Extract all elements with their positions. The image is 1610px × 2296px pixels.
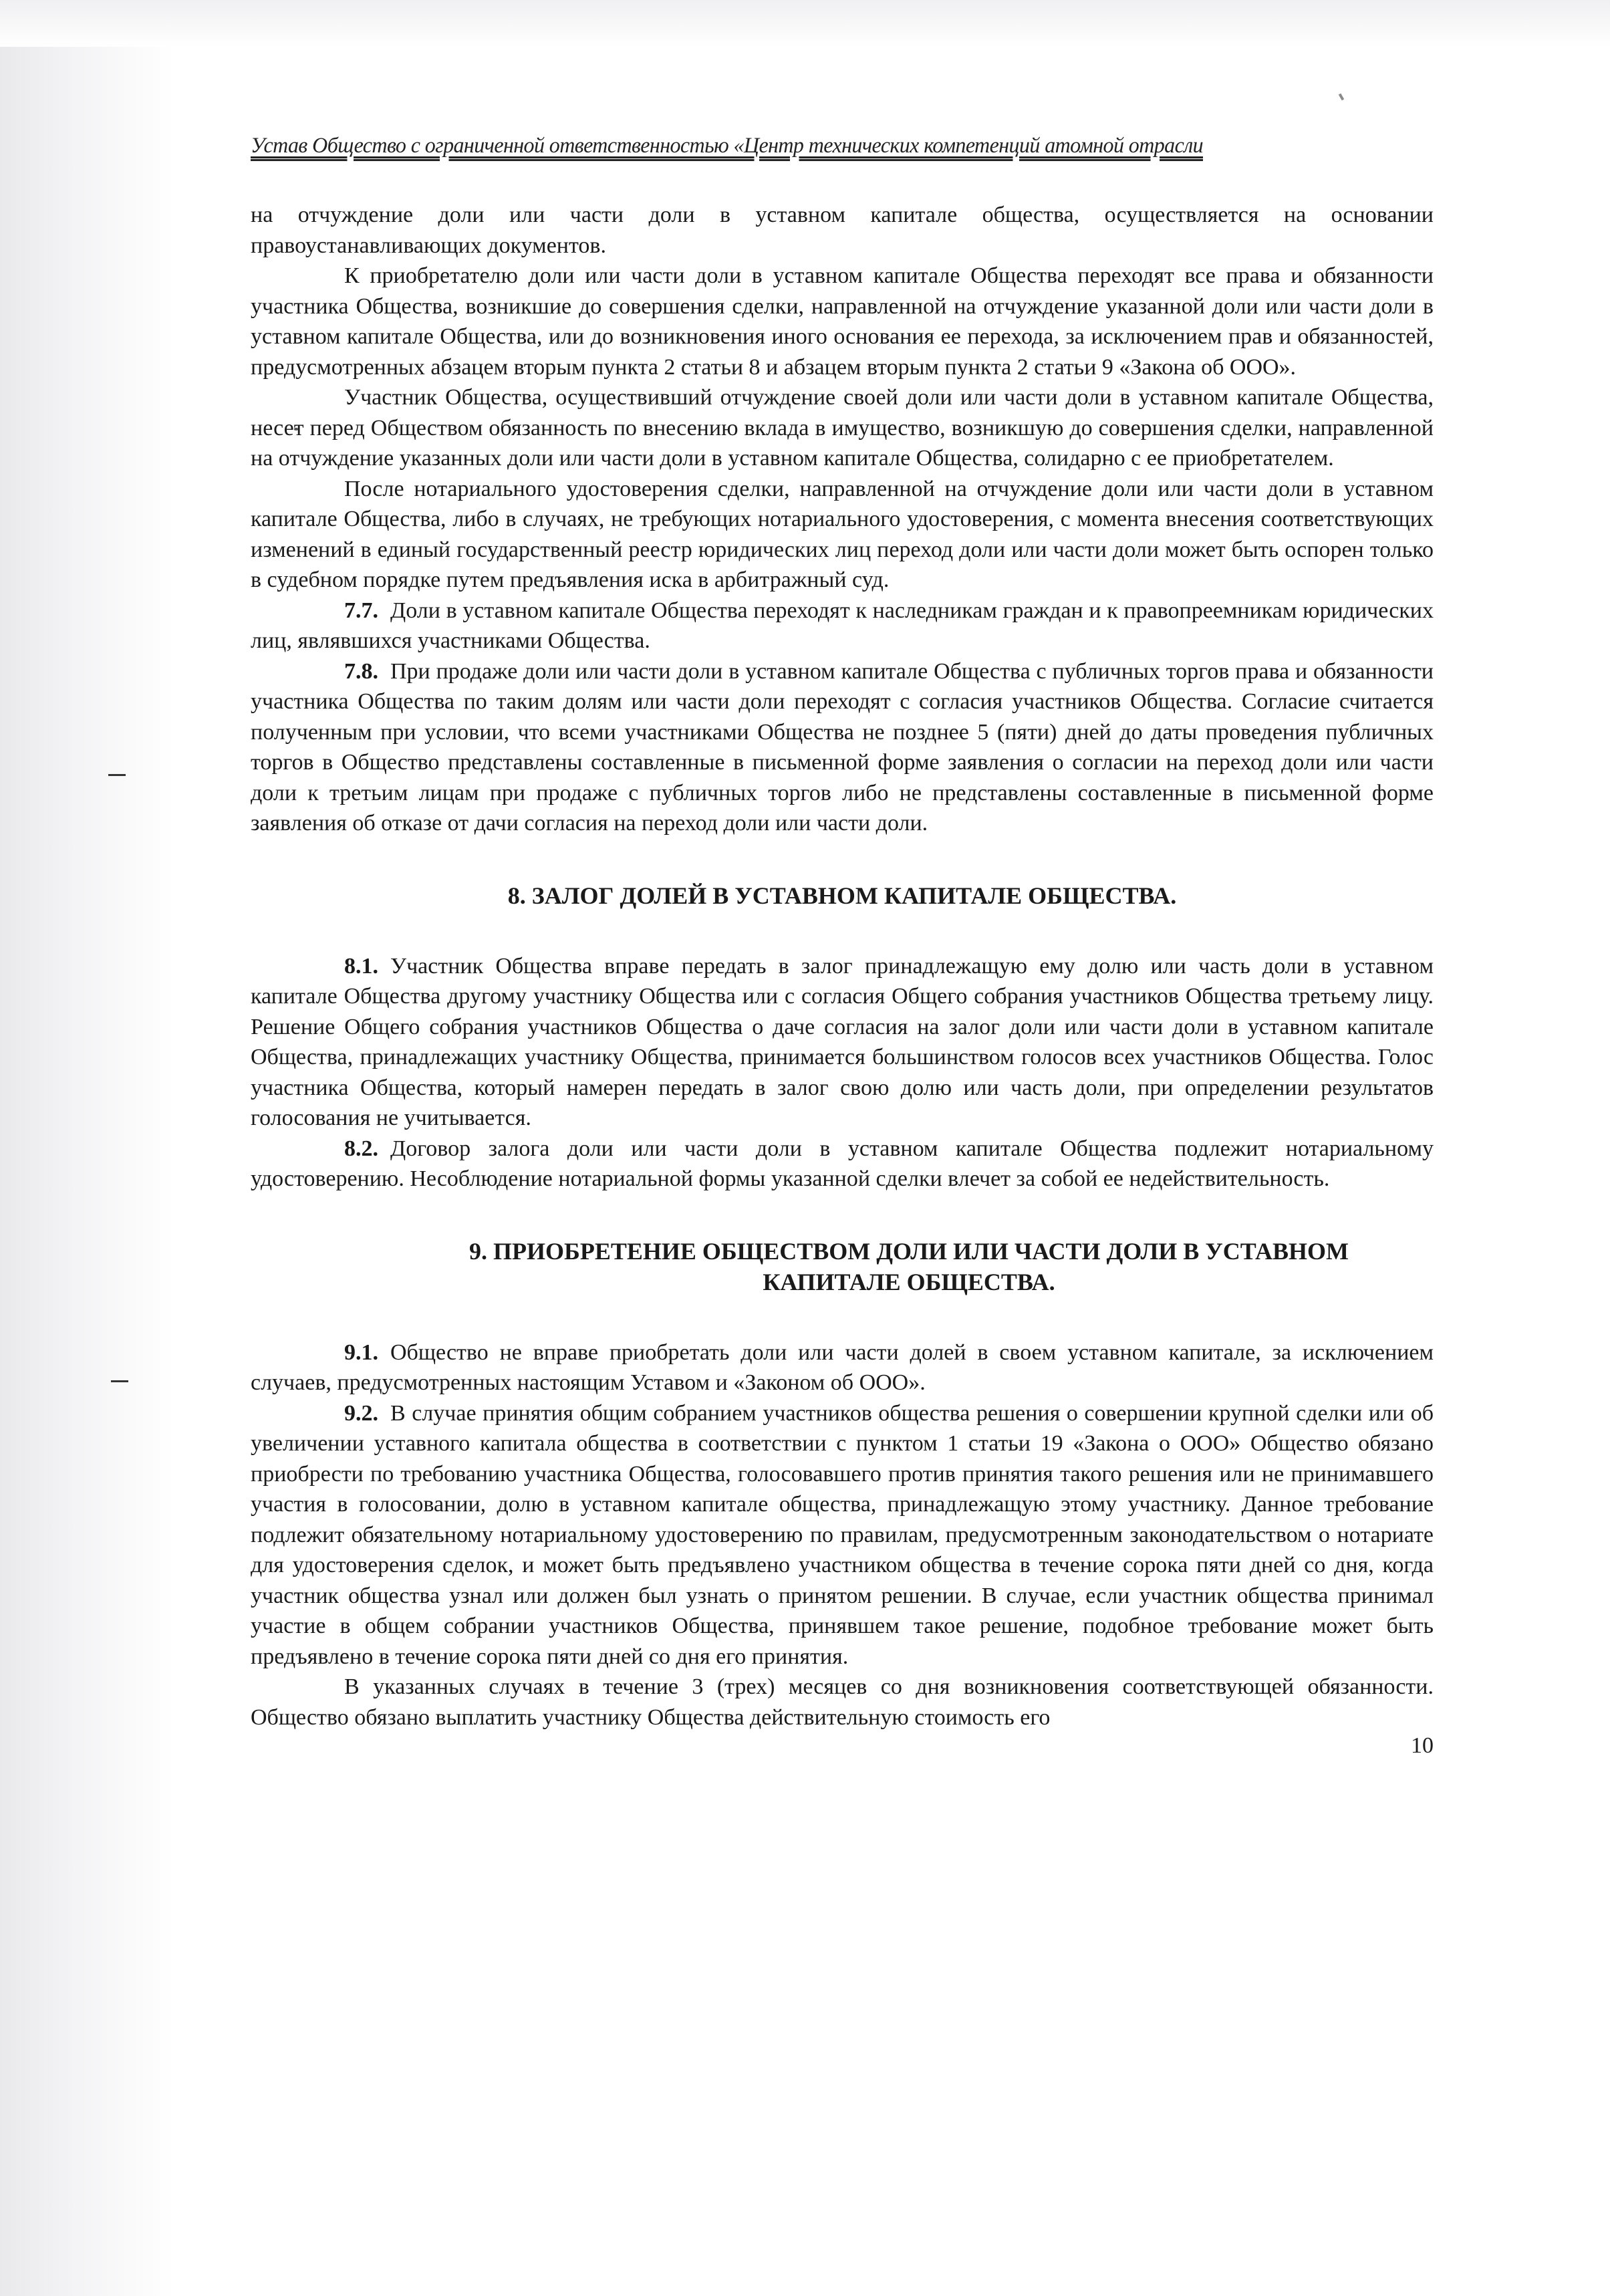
- section-9-title: 9. ПРИОБРЕТЕНИЕ ОБЩЕСТВОМ ДОЛИ ИЛИ ЧАСТИ…: [384, 1236, 1434, 1297]
- clause-number: 8.1.: [344, 954, 378, 979]
- clause-text: Общество не вправе приобретать доли или …: [251, 1340, 1434, 1396]
- scan-edge-shadow: [0, 0, 174, 2296]
- clause-text: При продаже доли или части доли в уставн…: [251, 659, 1434, 836]
- clause-number: 7.7.: [344, 598, 378, 623]
- paragraph: В указанных случаях в течение 3 (трех) м…: [251, 1672, 1434, 1733]
- clause-7-7: 7.7.Доли в уставном капитале Общества пе…: [251, 596, 1434, 656]
- clause-9-1: 9.1.Общество не вправе приобретать доли …: [251, 1337, 1434, 1398]
- paragraph: К приобретателю доли или части доли в ус…: [251, 261, 1434, 382]
- clause-9-2: 9.2.В случае принятия общим собранием уч…: [251, 1398, 1434, 1672]
- paragraph: Участник Общества, осуществивший отчужде…: [251, 382, 1434, 474]
- clause-text: В случае принятия общим собранием участн…: [251, 1401, 1434, 1669]
- scan-top-shadow: [0, 0, 1610, 47]
- document-body: на отчуждение доли или части доли в уста…: [251, 200, 1434, 1759]
- scan-speck: [1339, 94, 1344, 101]
- clause-number: 8.2.: [344, 1136, 378, 1161]
- section-9-title-line1: 9. ПРИОБРЕТЕНИЕ ОБЩЕСТВОМ ДОЛИ ИЛИ ЧАСТИ…: [384, 1236, 1434, 1267]
- running-header: Устав Общество с ограниченной ответствен…: [251, 134, 1398, 158]
- paragraph: После нотариального удостоверения сделки…: [251, 474, 1434, 596]
- clause-text: Доли в уставном капитале Общества перехо…: [251, 598, 1434, 654]
- clause-number: 9.2.: [344, 1401, 378, 1426]
- paragraph: на отчуждение доли или части доли в уста…: [251, 200, 1434, 261]
- clause-text: Участник Общества вправе передать в зало…: [251, 954, 1434, 1131]
- page-number: 10: [251, 1733, 1434, 1759]
- margin-dash: [111, 1380, 128, 1382]
- clause-number: 9.1.: [344, 1340, 378, 1365]
- clause-7-8: 7.8.При продаже доли или части доли в ус…: [251, 656, 1434, 839]
- clause-text: Договор залога доли или части доли в уст…: [251, 1136, 1434, 1192]
- margin-dash: [108, 774, 126, 776]
- document-page: Устав Общество с ограниченной ответствен…: [251, 134, 1434, 1759]
- clause-8-2: 8.2.Договор залога доли или части доли в…: [251, 1134, 1434, 1194]
- clause-8-1: 8.1.Участник Общества вправе передать в …: [251, 951, 1434, 1134]
- section-8-title: 8. ЗАЛОГ ДОЛЕЙ В УСТАВНОМ КАПИТАЛЕ ОБЩЕС…: [251, 880, 1434, 911]
- clause-number: 7.8.: [344, 659, 378, 684]
- section-9-title-line2: КАПИТАЛЕ ОБЩЕСТВА.: [384, 1267, 1434, 1297]
